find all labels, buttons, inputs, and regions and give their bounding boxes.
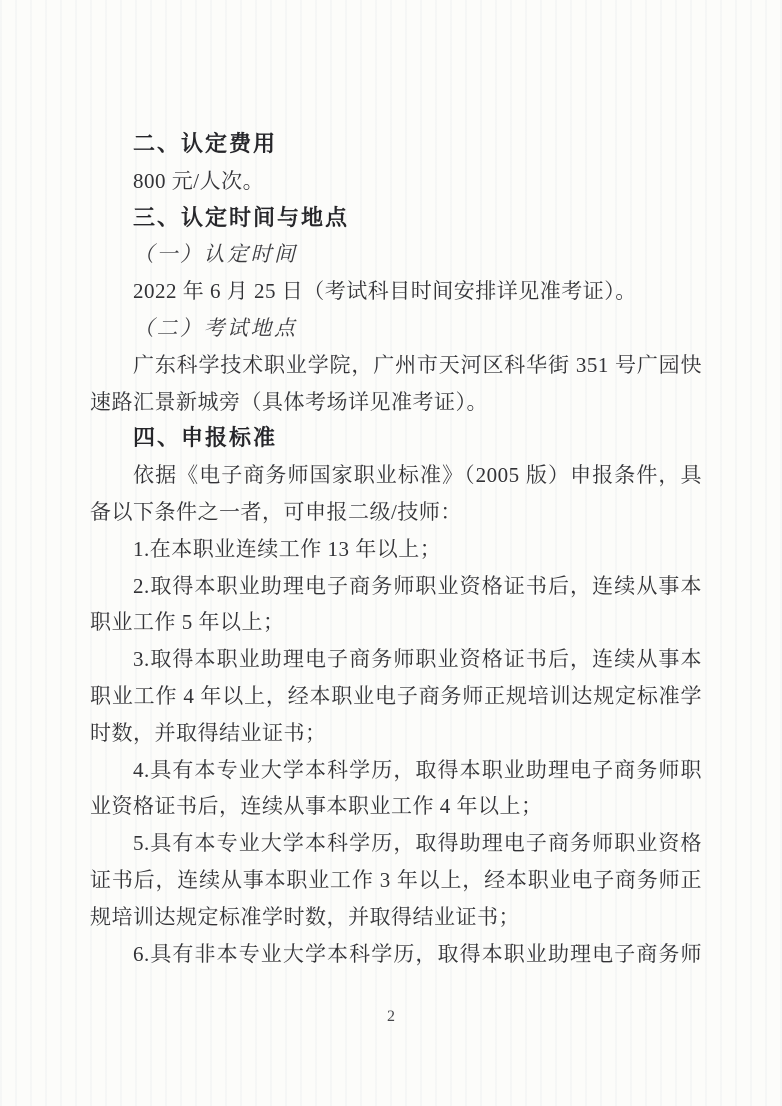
criteria-item-2-line-2: 职业工作 5 年以上； [90, 604, 702, 641]
criteria-item-6-line-1: 6.具有非本专业大学本科学历，取得本职业助理电子商务师 [90, 936, 702, 973]
criteria-item-4-line-2: 业资格证书后，连续从事本职业工作 4 年以上； [90, 788, 702, 825]
subheading-certification-time: （一）认定时间 [90, 236, 702, 273]
criteria-item-3-line-2: 职业工作 4 年以上，经本职业电子商务师正规培训达规定标准学 [90, 678, 702, 715]
subheading-exam-location: （二）考试地点 [90, 310, 702, 347]
criteria-intro-line-1: 依据《电子商务师国家职业标准》（2005 版）申报条件，具 [90, 457, 702, 494]
heading-time-and-location: 三、认定时间与地点 [90, 200, 702, 237]
criteria-item-5-line-2: 证书后，连续从事本职业工作 3 年以上，经本职业电子商务师正 [90, 862, 702, 899]
heading-certification-fee: 二、认定费用 [90, 126, 702, 163]
criteria-item-1: 1.在本职业连续工作 13 年以上； [90, 531, 702, 568]
criteria-item-2-line-1: 2.取得本职业助理电子商务师职业资格证书后，连续从事本 [90, 568, 702, 605]
certification-date-text: 2022 年 6 月 25 日（考试科目时间安排详见准考证）。 [90, 273, 702, 310]
exam-location-line-2: 速路汇景新城旁（具体考场详见准考证）。 [90, 384, 702, 421]
criteria-item-3-line-3: 时数，并取得结业证书； [90, 715, 702, 752]
criteria-item-4-line-1: 4.具有本专业大学本科学历，取得本职业助理电子商务师职 [90, 752, 702, 789]
criteria-item-5-line-3: 规培训达规定标准学时数，并取得结业证书； [90, 899, 702, 936]
fee-amount-text: 800 元/人次。 [90, 163, 702, 200]
heading-application-criteria: 四、申报标准 [90, 420, 702, 457]
scanned-document-page: 二、认定费用 800 元/人次。 三、认定时间与地点 （一）认定时间 2022 … [0, 0, 782, 1106]
exam-location-line-1: 广东科学技术职业学院，广州市天河区科华街 351 号广园快 [90, 347, 702, 384]
criteria-item-5-line-1: 5.具有本专业大学本科学历，取得助理电子商务师职业资格 [90, 825, 702, 862]
criteria-intro-line-2: 备以下条件之一者，可申报二级/技师： [90, 494, 702, 531]
document-content: 二、认定费用 800 元/人次。 三、认定时间与地点 （一）认定时间 2022 … [90, 126, 702, 972]
criteria-item-3-line-1: 3.取得本职业助理电子商务师职业资格证书后，连续从事本 [90, 641, 702, 678]
page-number: 2 [0, 1008, 782, 1026]
